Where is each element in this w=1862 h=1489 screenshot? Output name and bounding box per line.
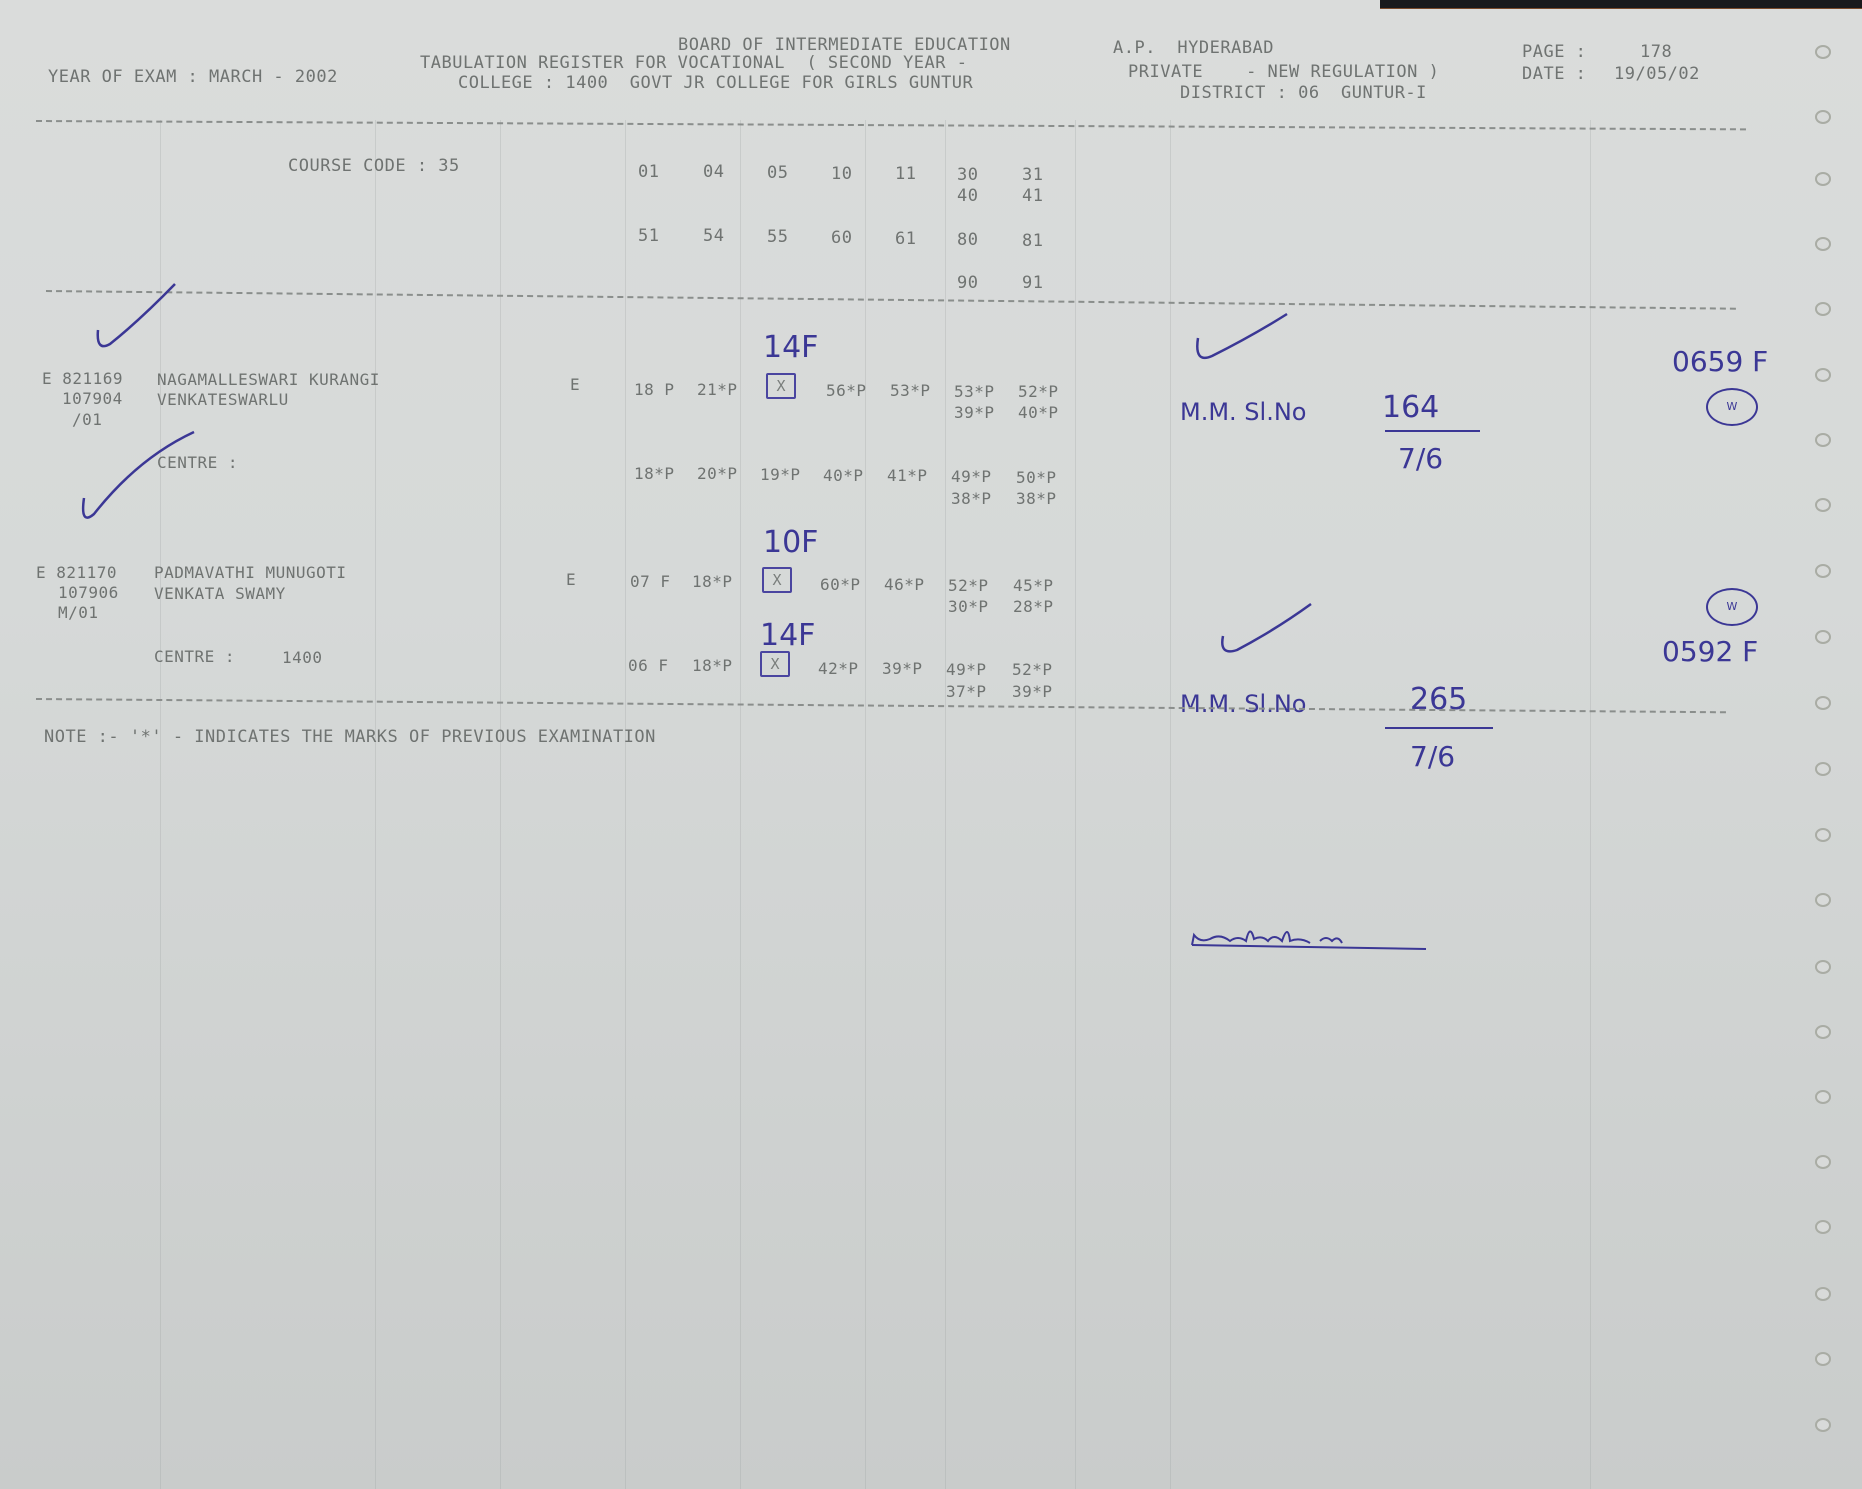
candidate-suffix: M/01 (58, 603, 99, 622)
mark-cell: 20*P (697, 464, 738, 483)
mark-cell: 37*P (946, 682, 987, 701)
feed-hole (1815, 498, 1831, 512)
course-code-label: COURSE CODE : 35 (288, 156, 460, 176)
footnote: NOTE :- '*' - INDICATES THE MARKS OF PRE… (44, 727, 656, 747)
mark-cell: 49*P (951, 467, 992, 486)
subject-code: 01 (638, 162, 659, 182)
signature (1190, 915, 1430, 955)
mark-cell: 21*P (697, 380, 738, 399)
column-line (1170, 120, 1171, 1489)
checkmark-icon (1215, 600, 1315, 660)
mark-cell: 50*P (1016, 468, 1057, 487)
hall-ticket-number: E 821169 (42, 369, 123, 388)
subject-code: 11 (895, 164, 916, 184)
handwritten-fraction-num: 265 (1410, 682, 1467, 717)
feed-hole (1815, 433, 1831, 447)
circled-w-mark: W (1706, 388, 1758, 426)
feed-hole (1815, 1418, 1831, 1432)
mark-cell: 39*P (954, 403, 995, 422)
feed-hole (1815, 630, 1831, 644)
mark-cell: 06 F (628, 656, 669, 675)
subject-code: 30 (957, 165, 978, 185)
mark-cell: 52*P (1012, 660, 1053, 679)
subject-code: 05 (767, 163, 788, 183)
feed-hole (1815, 762, 1831, 776)
feed-hole (1815, 1155, 1831, 1169)
mark-cell: 18*P (634, 464, 675, 483)
mark-cell: 28*P (1013, 597, 1054, 616)
medium: E (566, 570, 576, 589)
feed-hole (1815, 1090, 1831, 1104)
feed-hole (1815, 237, 1831, 251)
date-value: 19/05/02 (1614, 64, 1700, 84)
mark-cell: 52*P (948, 576, 989, 595)
subject-code: 41 (1022, 186, 1043, 206)
feed-hole (1815, 1352, 1831, 1366)
checkmark-icon (78, 428, 198, 528)
registration-number: 107906 (58, 583, 119, 602)
register-title: TABULATION REGISTER FOR VOCATIONAL ( SEC… (420, 53, 967, 73)
mark-cell: 38*P (1016, 489, 1057, 508)
mark-cell: 39*P (1012, 682, 1053, 701)
subject-code: 60 (831, 228, 852, 248)
handwritten-mark: 14F (760, 618, 815, 653)
feed-hole (1815, 1220, 1831, 1234)
handwritten-note: M.M. Sl.No (1180, 398, 1306, 426)
feed-hole (1815, 172, 1831, 186)
handwritten-fraction-den: 7/6 (1398, 442, 1443, 475)
registration-number: 107904 (62, 389, 123, 408)
mark-cell: 56*P (826, 381, 867, 400)
absent-box: X (766, 373, 796, 399)
handwritten-fraction-num: 164 (1382, 390, 1439, 425)
subject-code: 55 (767, 227, 788, 247)
subject-code: 91 (1022, 273, 1043, 293)
subject-code: 10 (831, 164, 852, 184)
subject-code: 81 (1022, 231, 1043, 251)
feed-hole (1815, 110, 1831, 124)
page-number: 178 (1640, 42, 1672, 62)
column-line (375, 120, 376, 1489)
centre-value: 1400 (282, 648, 323, 667)
circled-w-mark: W (1706, 588, 1758, 626)
subject-code: 40 (957, 186, 978, 206)
mark-cell: 18 P (634, 380, 675, 399)
father-name: VENKATA SWAMY (154, 584, 286, 603)
mark-cell: 53*P (954, 382, 995, 401)
feed-hole (1815, 564, 1831, 578)
medium: E (570, 375, 580, 394)
college-line: COLLEGE : 1400 GOVT JR COLLEGE FOR GIRLS… (458, 73, 973, 93)
hall-ticket-number: E 821170 (36, 563, 117, 582)
column-line (1075, 120, 1076, 1489)
mark-cell: 19*P (760, 465, 801, 484)
column-line (865, 120, 866, 1489)
handwritten-mark: 14F (763, 330, 818, 365)
feed-hole (1815, 696, 1831, 710)
feed-hole (1815, 368, 1831, 382)
board-location: A.P. HYDERABAD (1113, 38, 1274, 58)
subject-code: 61 (895, 229, 916, 249)
register-type: PRIVATE - NEW REGULATION ) (1128, 62, 1439, 82)
mark-cell: 60*P (820, 575, 861, 594)
feed-hole (1815, 828, 1831, 842)
candidate-suffix: /01 (72, 410, 102, 429)
absent-box: X (762, 567, 792, 593)
subject-code: 04 (703, 162, 724, 182)
feed-hole (1815, 960, 1831, 974)
mark-cell: 45*P (1013, 576, 1054, 595)
mark-cell: 49*P (946, 660, 987, 679)
handwritten-note: M.M. Sl.No (1180, 690, 1306, 718)
mark-cell: 38*P (951, 489, 992, 508)
handwritten-total: 0659 F (1672, 345, 1768, 378)
checkmark-icon (1192, 308, 1292, 368)
feed-hole (1815, 45, 1831, 59)
feed-hole (1815, 302, 1831, 316)
column-line (625, 120, 626, 1489)
mark-cell: 46*P (884, 575, 925, 594)
feed-hole (1815, 893, 1831, 907)
subject-code: 80 (957, 230, 978, 250)
date-label: DATE : (1522, 64, 1586, 84)
candidate-name: PADMAVATHI MUNUGOTI (154, 563, 347, 582)
father-name: VENKATESWARLU (157, 390, 289, 409)
fraction-bar (1385, 430, 1480, 432)
absent-box: X (760, 651, 790, 677)
page-label: PAGE : (1522, 42, 1586, 62)
mark-cell: 07 F (630, 572, 671, 591)
district-line: DISTRICT : 06 GUNTUR-I (1180, 83, 1427, 103)
checkmark-icon (90, 280, 180, 355)
mark-cell: 40*P (1018, 403, 1059, 422)
mark-cell: 52*P (1018, 382, 1059, 401)
year-of-exam: YEAR OF EXAM : MARCH - 2002 (48, 67, 338, 87)
mark-cell: 42*P (818, 659, 859, 678)
column-line (945, 120, 946, 1489)
mark-cell: 41*P (887, 466, 928, 485)
board-title: BOARD OF INTERMEDIATE EDUCATION (678, 35, 1011, 55)
mark-cell: 40*P (823, 466, 864, 485)
top-dark-edge (1380, 0, 1862, 9)
subject-code: 54 (703, 226, 724, 246)
fraction-bar (1385, 727, 1493, 729)
centre-label: CENTRE : (154, 647, 235, 666)
subject-code: 31 (1022, 165, 1043, 185)
mark-cell: 30*P (948, 597, 989, 616)
handwritten-mark: 10F (763, 525, 818, 560)
subject-code: 90 (957, 273, 978, 293)
mark-cell: 18*P (692, 572, 733, 591)
feed-hole (1815, 1025, 1831, 1039)
subject-code: 51 (638, 226, 659, 246)
mark-cell: 53*P (890, 381, 931, 400)
column-line (740, 120, 741, 1489)
mark-cell: 39*P (882, 659, 923, 678)
candidate-name: NAGAMALLESWARI KURANGI (157, 370, 380, 389)
feed-hole (1815, 1287, 1831, 1301)
mark-cell: 18*P (692, 656, 733, 675)
handwritten-fraction-den: 7/6 (1410, 740, 1455, 773)
handwritten-total: 0592 F (1662, 635, 1758, 668)
column-line (500, 120, 501, 1489)
